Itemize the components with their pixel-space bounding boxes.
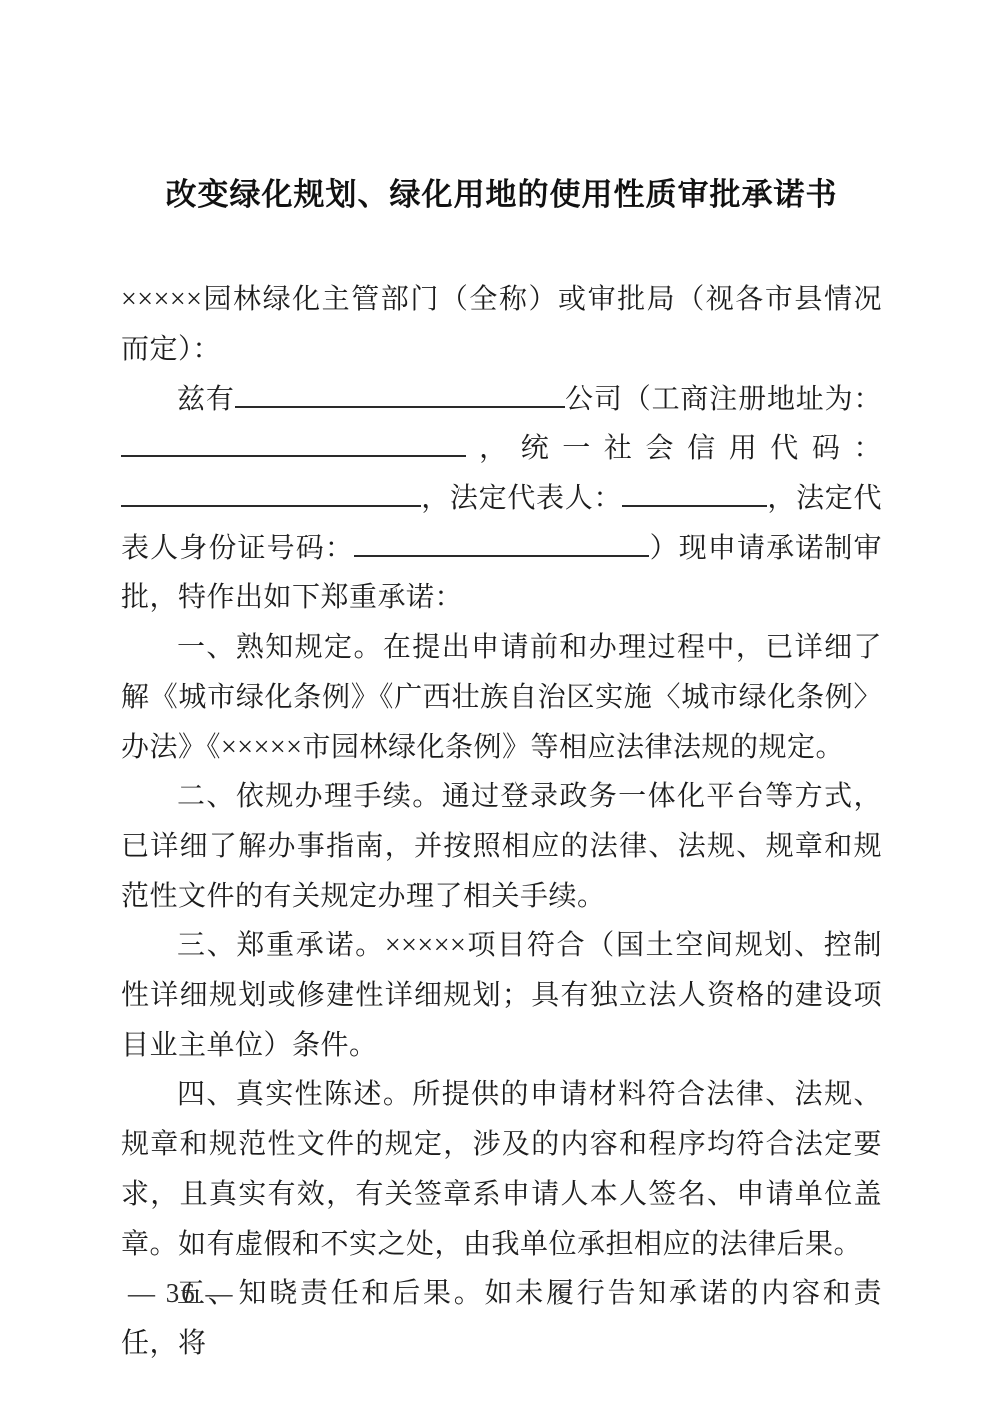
- form-text-segment: 公司（工商注册地址为：: [565, 384, 882, 415]
- form-text-segment: ，法定代表人：: [421, 483, 622, 514]
- form-text-segment: ，统一社会信用代码：: [466, 433, 882, 464]
- document-body: ×××××园林绿化主管部门（全称）或审批局（视各市县情况而定）： 兹有公司（工商…: [121, 275, 882, 1368]
- fill-in-blank: [354, 526, 649, 557]
- form-paragraph: 兹有公司（工商注册地址为：，统一社会信用代码：，法定代表人：，法定代表人身份证号…: [121, 375, 882, 624]
- fill-in-blank: [622, 476, 767, 507]
- fill-in-blank: [235, 377, 565, 408]
- page-number: — 36 —: [128, 1278, 235, 1309]
- document-title: 改变绿化规划、绿化用地的使用性质审批承诺书: [121, 0, 882, 275]
- body-paragraph-5: 五、知晓责任和后果。如未履行告知承诺的内容和责任，将: [121, 1269, 882, 1368]
- body-paragraph-2: 二、依规办理手续。通过登录政务一体化平台等方式，已详细了解办事指南，并按照相应的…: [121, 772, 882, 921]
- body-paragraph-4: 四、真实性陈述。所提供的申请材料符合法律、法规、规章和规范性文件的规定，涉及的内…: [121, 1070, 882, 1269]
- body-paragraph-3: 三、郑重承诺。×××××项目符合（国土空间规划、控制性详细规划或修建性详细规划；…: [121, 921, 882, 1070]
- form-text-segment: 兹有: [177, 384, 235, 415]
- salutation-line: ×××××园林绿化主管部门（全称）或审批局（视各市县情况而定）：: [121, 275, 882, 374]
- document-page: 改变绿化规划、绿化用地的使用性质审批承诺书 ×××××园林绿化主管部门（全称）或…: [0, 0, 1000, 1414]
- document-content: 改变绿化规划、绿化用地的使用性质审批承诺书 ×××××园林绿化主管部门（全称）或…: [121, 0, 882, 1369]
- fill-in-blank: [121, 476, 421, 507]
- body-paragraph-1: 一、熟知规定。在提出申请前和办理过程中，已详细了解《城市绿化条例》《广西壮族自治…: [121, 623, 882, 772]
- fill-in-blank: [121, 427, 466, 458]
